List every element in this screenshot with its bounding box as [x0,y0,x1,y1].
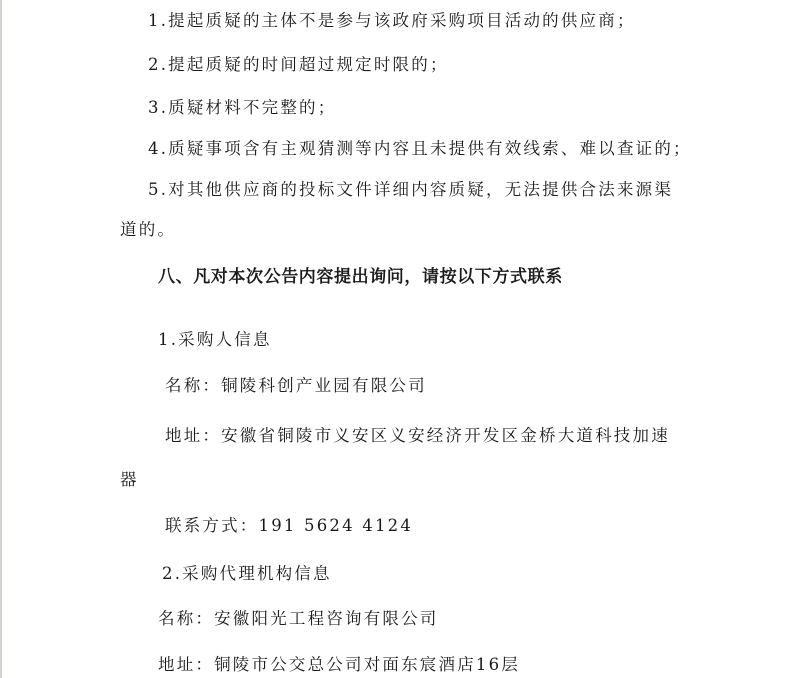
objection-item-5: 5.对其他供应商的投标文件详细内容质疑，无法提供合法来源渠 [148,180,673,200]
purchaser-address-continued: 器 [120,470,139,490]
document-page: 1.提起质疑的主体不是参与该政府采购项目活动的供应商； 2.提起质疑的时间超过规… [0,0,795,678]
agency-info-title: 2.采购代理机构信息 [162,564,332,584]
objection-item-3: 3.质疑材料不完整的； [148,98,336,118]
objection-item-2: 2.提起质疑的时间超过规定时限的； [148,55,449,75]
objection-item-1: 1.提起质疑的主体不是参与该政府采购项目活动的供应商； [148,11,636,31]
purchaser-info-title: 1.采购人信息 [158,330,272,350]
objection-item-5-continued: 道的。 [120,220,176,240]
purchaser-contact: 联系方式：191 5624 4124 [165,516,413,536]
agency-address: 地址：铜陵市公交总公司对面东宸酒店16层 [158,655,520,675]
agency-name: 名称：安徽阳光工程咨询有限公司 [158,609,439,629]
purchaser-name: 名称：铜陵科创产业园有限公司 [165,376,427,396]
objection-item-4: 4.质疑事项含有主观猜测等内容且未提供有效线索、难以查证的； [148,139,692,159]
purchaser-address: 地址：安徽省铜陵市义安区义安经济开发区金桥大道科技加速 [165,426,670,446]
section-heading-contact: 八、凡对本次公告内容提出询问，请按以下方式联系 [158,267,563,287]
